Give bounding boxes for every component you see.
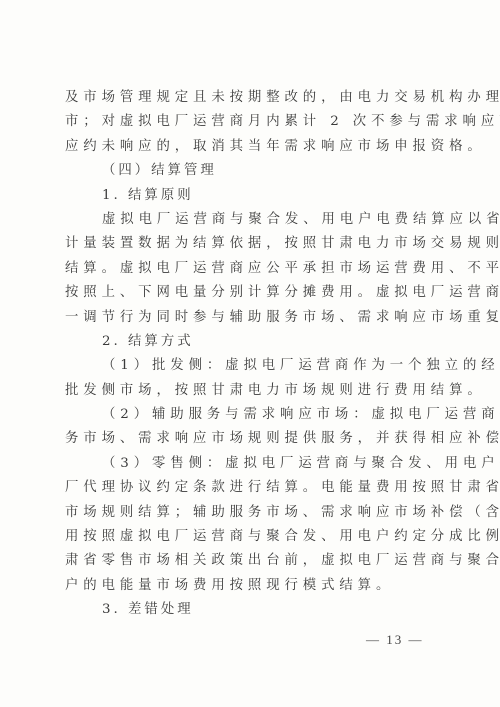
paragraph-line: 肃省零售市场相关政策出台前，虚拟电厂运营商与聚合发、用电 bbox=[65, 549, 435, 573]
paragraph-line: 市；对虚拟电厂运营商月内累计 2 次不参与需求响应市场应约或 bbox=[65, 110, 435, 134]
paragraph-line: （1）批发侧：虚拟电厂运营商作为一个独立的经营主体参与 bbox=[65, 354, 435, 378]
section-heading: （四）结算管理 bbox=[65, 159, 435, 183]
paragraph-line: 结算。虚拟电厂运营商应公平承担市场运营费用、不平衡资金等， bbox=[65, 257, 435, 281]
paragraph-line: 用按照虚拟电厂运营商与聚合发、用电户约定分成比例结算。甘 bbox=[65, 525, 435, 549]
paragraph-line: 一调节行为同时参与辅助服务市场、需求响应市场重复获取收益。 bbox=[65, 306, 435, 330]
paragraph-line: 批发侧市场，按照甘肃电力市场规则进行费用结算。 bbox=[65, 379, 435, 403]
subsection-heading: 3. 差错处理 bbox=[65, 598, 435, 622]
paragraph-line: 计量装置数据为结算依据，按照甘肃电力市场交易规则开展费用 bbox=[65, 232, 435, 256]
page-number: — 13 — bbox=[366, 632, 424, 648]
paragraph-line: 应约未响应的，取消其当年需求响应市场申报资格。 bbox=[65, 135, 435, 159]
paragraph-line: （3）零售侧：虚拟电厂运营商与聚合发、用电户按照虚拟电 bbox=[65, 452, 435, 476]
paragraph-line: 及市场管理规定且未按期整改的，由电力交易机构办理强制退 bbox=[65, 86, 435, 110]
paragraph-line: 务市场、需求响应市场规则提供服务，并获得相应补偿费用。 bbox=[65, 427, 435, 451]
paragraph-line: 虚拟电厂运营商与聚合发、用电户电费结算应以省电力公司 bbox=[65, 208, 435, 232]
paragraph-line: 厂代理协议约定条款进行结算。电能量费用按照甘肃省电力零售 bbox=[65, 476, 435, 500]
subsection-heading: 1. 结算原则 bbox=[65, 184, 435, 208]
paragraph-line: 按照上、下网电量分别计算分摊费用。虚拟电厂运营商不得以同 bbox=[65, 281, 435, 305]
subsection-heading: 2. 结算方式 bbox=[65, 330, 435, 354]
paragraph-line: 户的电能量市场费用按照现行模式结算。 bbox=[65, 574, 435, 598]
paragraph-line: （2）辅助服务与需求响应市场：虚拟电厂运营商按照辅助服 bbox=[65, 403, 435, 427]
paragraph-line: 市场规则结算；辅助服务市场、需求响应市场补偿（含考核）费 bbox=[65, 501, 435, 525]
document-body: 及市场管理规定且未按期整改的，由电力交易机构办理强制退 市；对虚拟电厂运营商月内… bbox=[65, 86, 435, 623]
